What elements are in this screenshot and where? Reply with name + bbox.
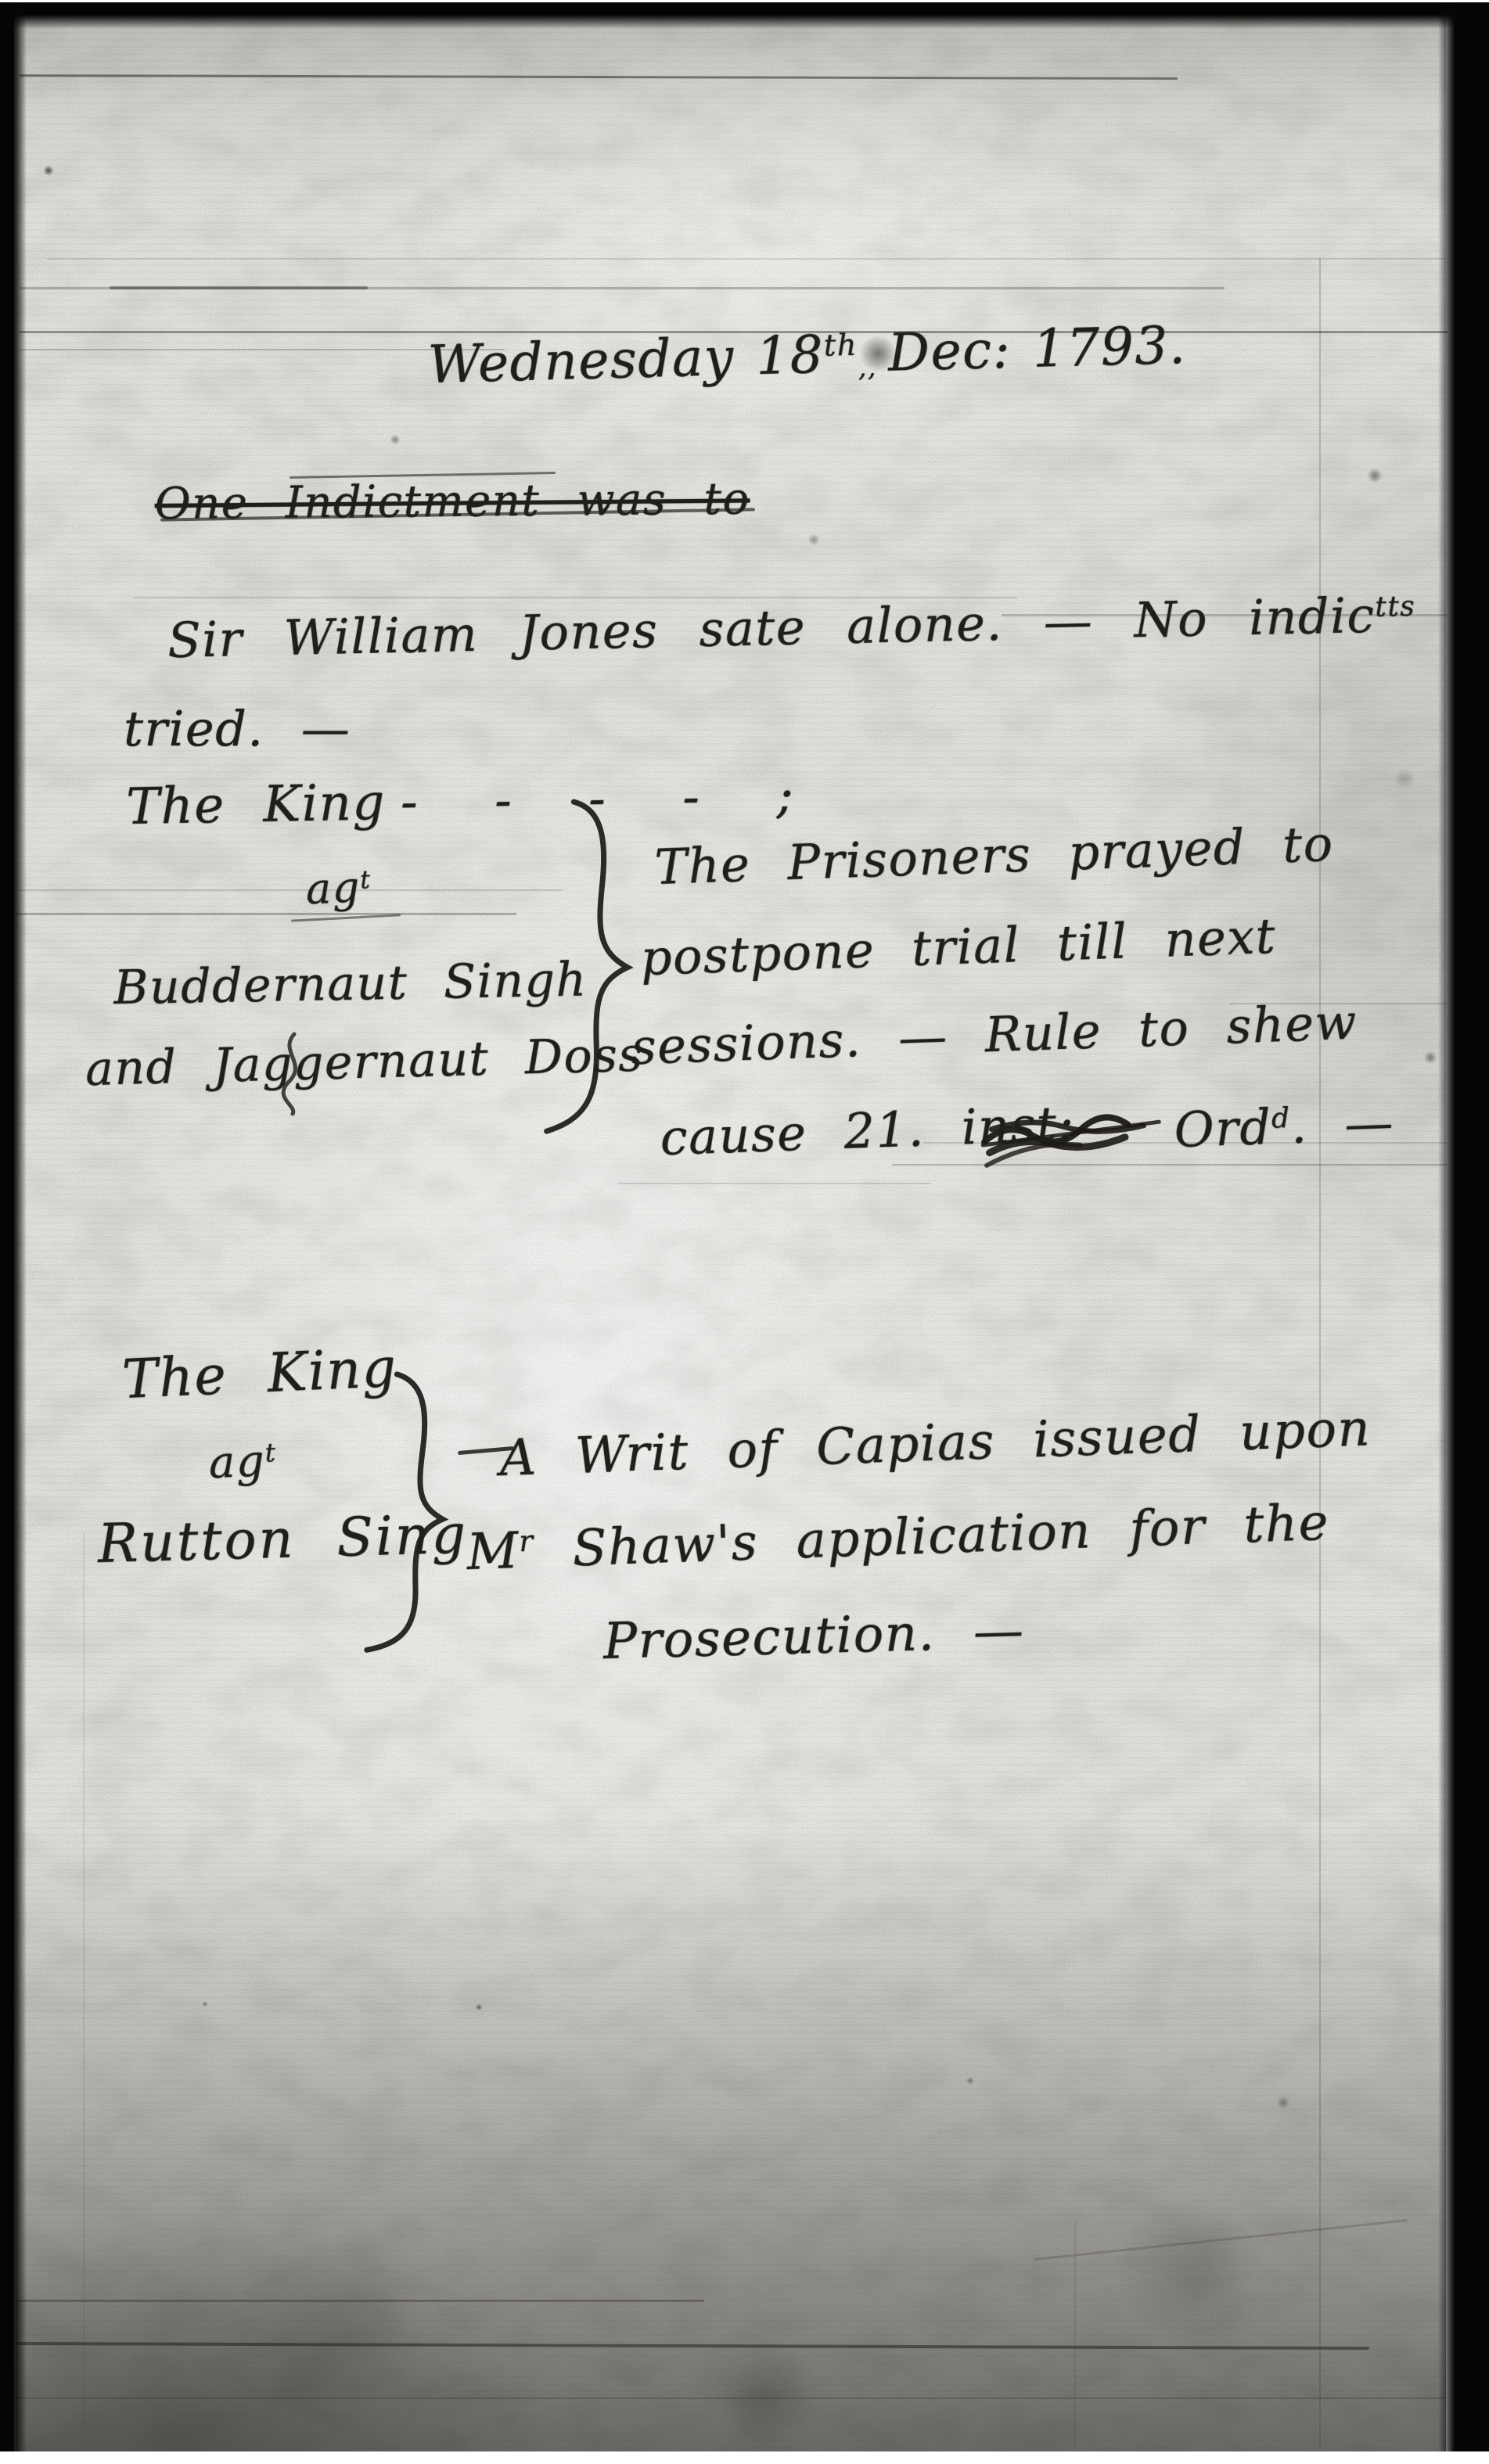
case2-ruling-line3: Prosecution. — bbox=[602, 1602, 1025, 1671]
scanned-document-page: Wednesday18th,,Dec:1793. One Indictment … bbox=[0, 0, 1489, 2464]
case1-plaintiff: The King- - - - ; bbox=[126, 767, 814, 836]
case1-dashes: - - - - ; bbox=[400, 767, 814, 832]
case1-order-tail: . — bbox=[1290, 1094, 1395, 1155]
date-ordinal: th bbox=[823, 328, 858, 364]
case1-order-superscript: d bbox=[1271, 1102, 1291, 1135]
case2-ruling-line2-superscript: r bbox=[519, 1525, 535, 1559]
date-ordinal-separator: ,, bbox=[858, 352, 877, 383]
case2-ruling-line2-prefix: M bbox=[466, 1522, 520, 1582]
struck-out-note: One Indictment was to bbox=[154, 473, 750, 530]
case1-defendant-line1: Buddernaut Singh bbox=[113, 952, 588, 1015]
date-day-number: 18 bbox=[755, 325, 825, 386]
case1-order: Ordd. — bbox=[1173, 1094, 1395, 1158]
case1-plaintiff-name: The King bbox=[126, 774, 387, 836]
case2-defendant-line1: Rutton Sing bbox=[97, 1504, 469, 1575]
case1-versus: agt bbox=[305, 862, 372, 914]
case1-versus-main: ag bbox=[305, 863, 361, 914]
case1-versus-superscript: t bbox=[360, 866, 372, 894]
session-note-superscript: tts bbox=[1375, 591, 1416, 623]
case2-versus-superscript: t bbox=[264, 1438, 277, 1467]
date-year: 1793. bbox=[1032, 315, 1187, 379]
session-note-line2: tried. — bbox=[124, 700, 351, 757]
case1-order-main: Ord bbox=[1173, 1098, 1272, 1158]
date-day-name: Wednesday bbox=[427, 327, 735, 395]
case2-versus-main: ag bbox=[208, 1436, 266, 1489]
case2-versus: agt bbox=[208, 1435, 278, 1489]
date-month: Dec: bbox=[887, 320, 1012, 383]
case2-plaintiff: The King bbox=[121, 1338, 399, 1411]
